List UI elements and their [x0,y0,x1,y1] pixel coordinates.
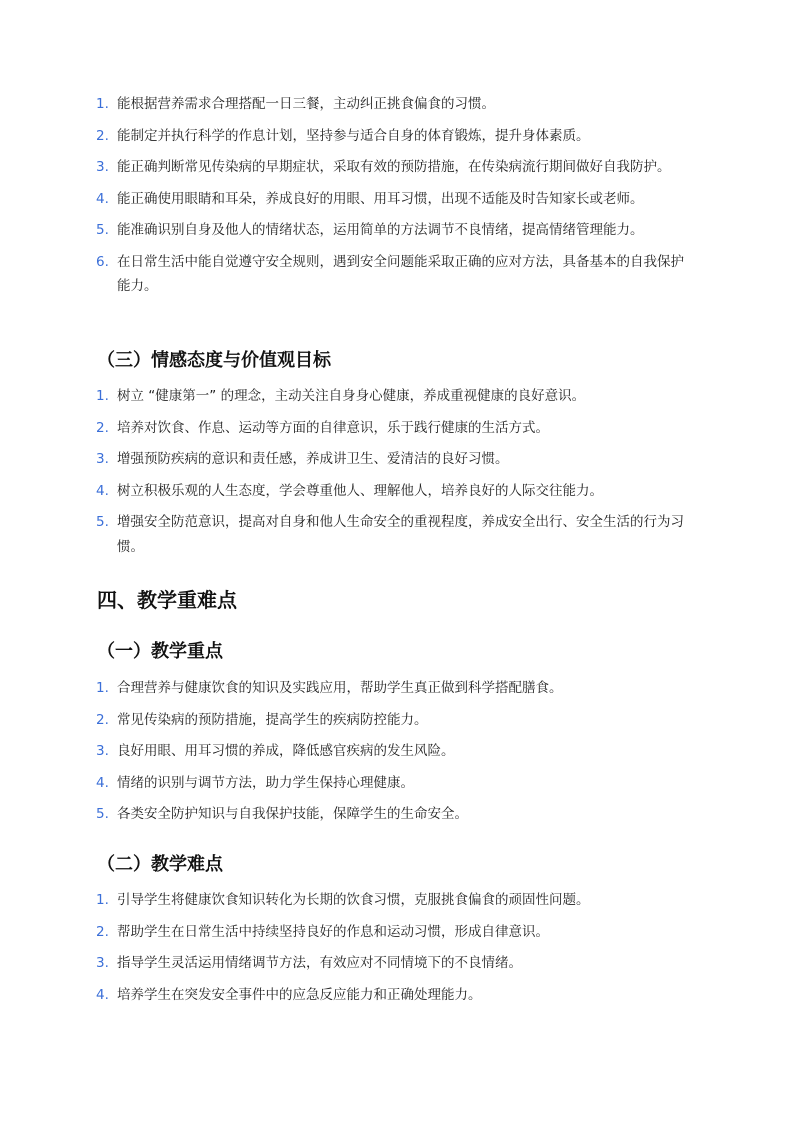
list-item: 4.能正确使用眼睛和耳朵，养成良好的用眼、用耳习惯，出现不适能及时告知家长或老师… [96,187,696,212]
list-item: 3.指导学生灵活运用情绪调节方法，有效应对不同情境下的不良情绪。 [96,951,696,976]
list-number: 5. [96,510,109,535]
list-text: 增强安全防范意识，提高对自身和他人生命安全的重视程度，养成安全出行、安全生活的行… [117,514,684,555]
affective-goals-list: 1.树立 “健康第一” 的理念，主动关注自身身心健康，养成重视健康的良好意识。 … [96,384,696,566]
list-number: 3. [96,155,109,180]
list-item: 5.增强安全防范意识，提高对自身和他人生命安全的重视程度，养成安全出行、安全生活… [96,510,696,559]
list-text: 常见传染病的预防措施，提高学生的疾病防控能力。 [117,712,428,728]
list-text: 树立 “健康第一” 的理念，主动关注自身身心健康，养成重视健康的良好意识。 [117,388,585,404]
list-number: 1. [96,92,109,117]
list-item: 5.能准确识别自身及他人的情绪状态，运用简单的方法调节不良情绪，提高情绪管理能力… [96,218,696,243]
list-number: 2. [96,124,109,149]
list-text: 培养学生在突发安全事件中的应急反应能力和正确处理能力。 [117,987,482,1003]
list-text: 引导学生将健康饮食知识转化为长期的饮食习惯，克服挑食偏食的顽固性问题。 [117,892,590,908]
list-number: 1. [96,384,109,409]
list-number: 1. [96,888,109,913]
list-item: 1.能根据营养需求合理搭配一日三餐，主动纠正挑食偏食的习惯。 [96,92,696,117]
list-item: 6.在日常生活中能自觉遵守安全规则，遇到安全问题能采取正确的应对方法，具备基本的… [96,250,696,299]
list-text: 培养对饮食、作息、运动等方面的自律意识，乐于践行健康的生活方式。 [117,420,549,436]
list-text: 能制定并执行科学的作息计划，坚持参与适合自身的体育锻炼，提升身体素质。 [117,128,590,144]
list-text: 能根据营养需求合理搭配一日三餐，主动纠正挑食偏食的习惯。 [117,96,495,112]
section-heading-affective-goals: （三）情感态度与价值观目标 [97,346,331,372]
list-number: 2. [96,416,109,441]
list-number: 3. [96,739,109,764]
list-number: 1. [96,676,109,701]
list-number: 4. [96,771,109,796]
list-text: 良好用眼、用耳习惯的养成，降低感官疾病的发生风险。 [117,743,455,759]
list-number: 6. [96,250,109,275]
list-text: 合理营养与健康饮食的知识及实践应用，帮助学生真正做到科学搭配膳食。 [117,680,563,696]
list-number: 5. [96,218,109,243]
key-points-list: 1.合理营养与健康饮食的知识及实践应用，帮助学生真正做到科学搭配膳食。 2.常见… [96,676,696,834]
list-item: 2.帮助学生在日常生活中持续坚持良好的作息和运动习惯，形成自律意识。 [96,920,696,945]
list-item: 3.能正确判断常见传染病的早期症状，采取有效的预防措施，在传染病流行期间做好自我… [96,155,696,180]
list-item: 2.培养对饮食、作息、运动等方面的自律意识，乐于践行健康的生活方式。 [96,416,696,441]
list-text: 能正确判断常见传染病的早期症状，采取有效的预防措施，在传染病流行期间做好自我防护… [117,159,671,175]
list-number: 5. [96,802,109,827]
list-item: 1.合理营养与健康饮食的知识及实践应用，帮助学生真正做到科学搭配膳食。 [96,676,696,701]
list-number: 3. [96,951,109,976]
list-item: 4.培养学生在突发安全事件中的应急反应能力和正确处理能力。 [96,983,696,1008]
section-heading-difficult-points: （二）教学难点 [97,850,223,876]
list-text: 情绪的识别与调节方法，助力学生保持心理健康。 [117,775,414,791]
list-item: 4.情绪的识别与调节方法，助力学生保持心理健康。 [96,771,696,796]
list-text: 增强预防疾病的意识和责任感，养成讲卫生、爱清洁的良好习惯。 [117,451,509,467]
list-item: 1.引导学生将健康饮食知识转化为长期的饮食习惯，克服挑食偏食的顽固性问题。 [96,888,696,913]
list-text: 帮助学生在日常生活中持续坚持良好的作息和运动习惯，形成自律意识。 [117,924,549,940]
list-text: 树立积极乐观的人生态度，学会尊重他人、理解他人，培养良好的人际交往能力。 [117,483,603,499]
list-number: 4. [96,187,109,212]
list-number: 2. [96,920,109,945]
list-item: 1.树立 “健康第一” 的理念，主动关注自身身心健康，养成重视健康的良好意识。 [96,384,696,409]
section-heading-key-points: （一）教学重点 [97,637,223,663]
list-number: 2. [96,708,109,733]
list-item: 5.各类安全防护知识与自我保护技能，保障学生的生命安全。 [96,802,696,827]
list-item: 2.常见传染病的预防措施，提高学生的疾病防控能力。 [96,708,696,733]
list-item: 3.增强预防疾病的意识和责任感，养成讲卫生、爱清洁的良好习惯。 [96,447,696,472]
skill-goals-list: 1.能根据营养需求合理搭配一日三餐，主动纠正挑食偏食的习惯。 2.能制定并执行科… [96,92,696,306]
list-text: 在日常生活中能自觉遵守安全规则，遇到安全问题能采取正确的应对方法，具备基本的自我… [117,254,684,295]
list-number: 3. [96,447,109,472]
list-text: 能正确使用眼睛和耳朵，养成良好的用眼、用耳习惯，出现不适能及时告知家长或老师。 [117,191,644,207]
difficult-points-list: 1.引导学生将健康饮食知识转化为长期的饮食习惯，克服挑食偏食的顽固性问题。 2.… [96,888,696,1014]
list-number: 4. [96,479,109,504]
list-text: 能准确识别自身及他人的情绪状态，运用简单的方法调节不良情绪，提高情绪管理能力。 [117,222,644,238]
list-item: 4.树立积极乐观的人生态度，学会尊重他人、理解他人，培养良好的人际交往能力。 [96,479,696,504]
list-text: 各类安全防护知识与自我保护技能，保障学生的生命安全。 [117,806,468,822]
document-page: 1.能根据营养需求合理搭配一日三餐，主动纠正挑食偏食的习惯。 2.能制定并执行科… [0,0,793,1122]
list-item: 2.能制定并执行科学的作息计划，坚持参与适合自身的体育锻炼，提升身体素质。 [96,124,696,149]
chapter-heading-key-difficult-points: 四、教学重难点 [97,584,237,613]
list-text: 指导学生灵活运用情绪调节方法，有效应对不同情境下的不良情绪。 [117,955,522,971]
list-item: 3.良好用眼、用耳习惯的养成，降低感官疾病的发生风险。 [96,739,696,764]
list-number: 4. [96,983,109,1008]
